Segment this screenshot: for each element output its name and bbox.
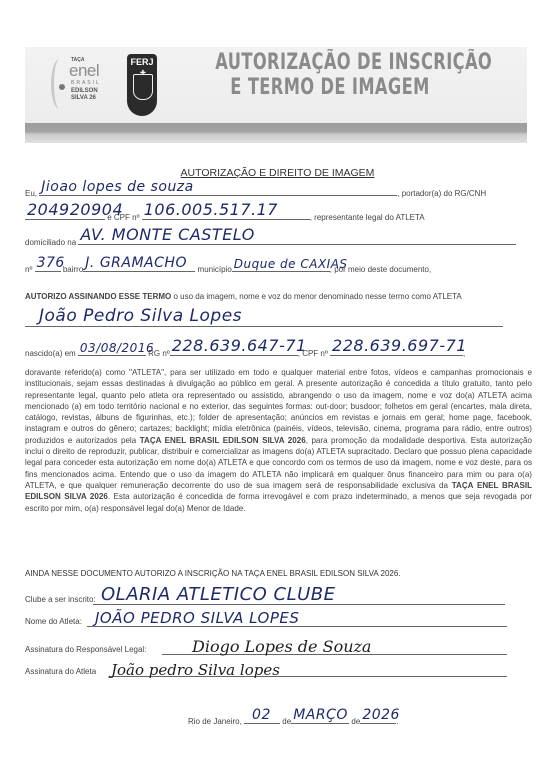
athlete-signature-value: João pedro Silva lopes — [111, 661, 280, 679]
registration-heading: AINDA NESSE DOCUMENTO AUTORIZO A INSCRIÇ… — [25, 569, 530, 578]
eu-label: Eu, — [25, 189, 37, 198]
autorizo-bold: AUTORIZO ASSINANDO ESSE TERMO — [25, 292, 171, 301]
athlete-signature-label: Assinatura do Atleta — [25, 667, 96, 676]
athlete-cpf-field[interactable]: 228.639.697-71 — [330, 344, 463, 356]
guardian-signature-field[interactable]: Diogo Lopes de Souza — [162, 640, 507, 655]
de-label-1: de — [282, 717, 291, 726]
event-name-1: TAÇA ENEL BRASIL EDILSON SILVA 2026 — [140, 436, 306, 445]
club-field[interactable]: OLARIA ATLETICO CLUBE — [93, 590, 505, 605]
logo-honoree: EDILSON SILVA 26 — [71, 88, 105, 102]
date-line: Rio de Janeiro, 02 de MARÇO de 2026 . — [188, 712, 428, 726]
locality-line: nº 376 bairro J. GRAMACHO município Duqu… — [25, 260, 530, 274]
ball-icon — [59, 84, 65, 90]
month-field[interactable]: MARÇO — [291, 712, 349, 724]
numero-field[interactable]: 376 — [35, 260, 61, 272]
document-header: TAÇA enel BRASIL EDILSON SILVA 26 FERJ ✚… — [25, 47, 527, 143]
birth-line: nascido(a) em 03/08/2016 RG nº 228.639.6… — [25, 344, 530, 358]
athlete-value: JOÃO PEDRO SILVA LOPES — [95, 609, 299, 627]
athlete-label: Nome do Atleta: — [25, 617, 82, 626]
year-field[interactable]: 2026 — [360, 712, 396, 724]
rg-cnh-field[interactable]: 204920904 — [25, 208, 105, 220]
athlete-name-value: João Pedro Silva Lopes — [39, 306, 242, 326]
bairro-field[interactable]: J. GRAMACHO — [83, 260, 195, 272]
guardian-signature-line: Assinatura do Responsável Legal: Diogo L… — [25, 640, 530, 656]
title-line-1: AUTORIZAÇÃO DE INSCRIÇÃO — [215, 50, 444, 75]
documents-line: 204920904 e CPF nº 106.005.517.17 , repr… — [25, 208, 530, 222]
autorizo-line: AUTORIZO ASSINANDO ESSE TERMO o uso da i… — [25, 292, 530, 301]
address-value: AV. MONTE CASTELO — [80, 225, 254, 244]
title-line-2: E TERMO DE IMAGEM — [215, 75, 444, 100]
athlete-name-field[interactable]: João Pedro Silva Lopes — [25, 308, 503, 327]
athlete-rg-field[interactable]: 228.639.647-71 — [170, 344, 298, 356]
ferj-shield-icon: FERJ ✚ — [127, 54, 157, 116]
municipio-label: município — [198, 265, 232, 274]
ferj-label: FERJ — [127, 57, 157, 67]
club-line: Clube a ser inscrito: OLARIA ATLETICO CL… — [25, 590, 530, 606]
terms-paragraph: doravante referido(a) como "ATLETA", par… — [25, 367, 532, 514]
athlete-signature-field[interactable]: João pedro Silva lopes — [109, 662, 507, 677]
portador-label: , portador(a) do RG/CNH — [397, 189, 486, 198]
bairro-label: bairro — [63, 265, 83, 274]
day-value: 02 — [252, 707, 271, 723]
responsible-name-value: Jioao lopes de souza — [41, 179, 194, 195]
club-value: OLARIA ATLETICO CLUBE — [101, 584, 336, 605]
section-title: AUTORIZAÇÃO E DIREITO DE IMAGEM — [0, 167, 555, 179]
cpf-value: 106.005.517.17 — [144, 200, 278, 219]
enel-cup-logo-icon: TAÇA enel BRASIL EDILSON SILVA 26 — [47, 51, 107, 117]
athlete-cpf-value: 228.639.697-71 — [332, 336, 467, 355]
address-line: domiciliado na AV. MONTE CASTELO — [25, 233, 530, 247]
logo-brand: enel — [69, 61, 99, 81]
day-field[interactable]: 02 — [244, 712, 280, 724]
de-label-2: de — [351, 717, 360, 726]
athlete-field[interactable]: JOÃO PEDRO SILVA LOPES — [87, 612, 507, 627]
rg-cnh-value: 204920904 — [27, 200, 123, 219]
cpf-field[interactable]: 106.005.517.17 — [142, 208, 310, 220]
responsible-line: Eu, Jioao lopes de souza , portador(a) d… — [25, 184, 530, 198]
numero-value: 376 — [37, 255, 65, 271]
athlete-rg-value: 228.639.647-71 — [172, 336, 307, 355]
athlete-signature-line: Assinatura do Atleta João pedro Silva lo… — [25, 662, 530, 678]
municipio-field[interactable]: Duque de CAXIAS — [232, 260, 330, 272]
month-value: MARÇO — [293, 707, 348, 723]
nascido-label: nascido(a) em — [25, 349, 76, 358]
page-title: AUTORIZAÇÃO DE INSCRIÇÃO E TERMO DE IMAG… — [215, 50, 444, 100]
logo-country: BRASIL — [71, 80, 101, 86]
birth-date-field[interactable]: 03/08/2016 — [78, 344, 146, 356]
address-field[interactable]: AV. MONTE CASTELO — [78, 233, 516, 245]
year-value: 2026 — [362, 707, 400, 723]
athlete-name-line: João Pedro Silva Lopes — [25, 308, 530, 329]
city-label: Rio de Janeiro, — [188, 717, 242, 726]
terms-text-1: doravante referido(a) como "ATLETA", par… — [25, 368, 532, 445]
club-label: Clube a ser inscrito: — [25, 595, 96, 604]
representante-label: , representante legal do ATLETA — [310, 213, 425, 222]
municipio-value: Duque de CAXIAS — [234, 257, 348, 271]
domiciliado-label: domiciliado na — [25, 238, 76, 247]
guardian-signature-label: Assinatura do Responsável Legal: — [25, 645, 146, 654]
numero-label: nº — [25, 265, 32, 274]
autorizo-rest: o uso da imagem, nome e voz do menor den… — [171, 292, 462, 301]
birth-date-value: 03/08/2016 — [80, 341, 154, 355]
shield-emblem-icon — [133, 74, 153, 100]
guardian-signature-value: Diogo Lopes de Souza — [192, 637, 371, 656]
logos: TAÇA enel BRASIL EDILSON SILVA 26 FERJ ✚ — [47, 51, 157, 117]
header-band — [25, 123, 527, 143]
athlete-line: Nome do Atleta: JOÃO PEDRO SILVA LOPES — [25, 612, 530, 628]
bairro-value: J. GRAMACHO — [85, 255, 187, 271]
responsible-name-field[interactable]: Jioao lopes de souza — [39, 184, 397, 196]
